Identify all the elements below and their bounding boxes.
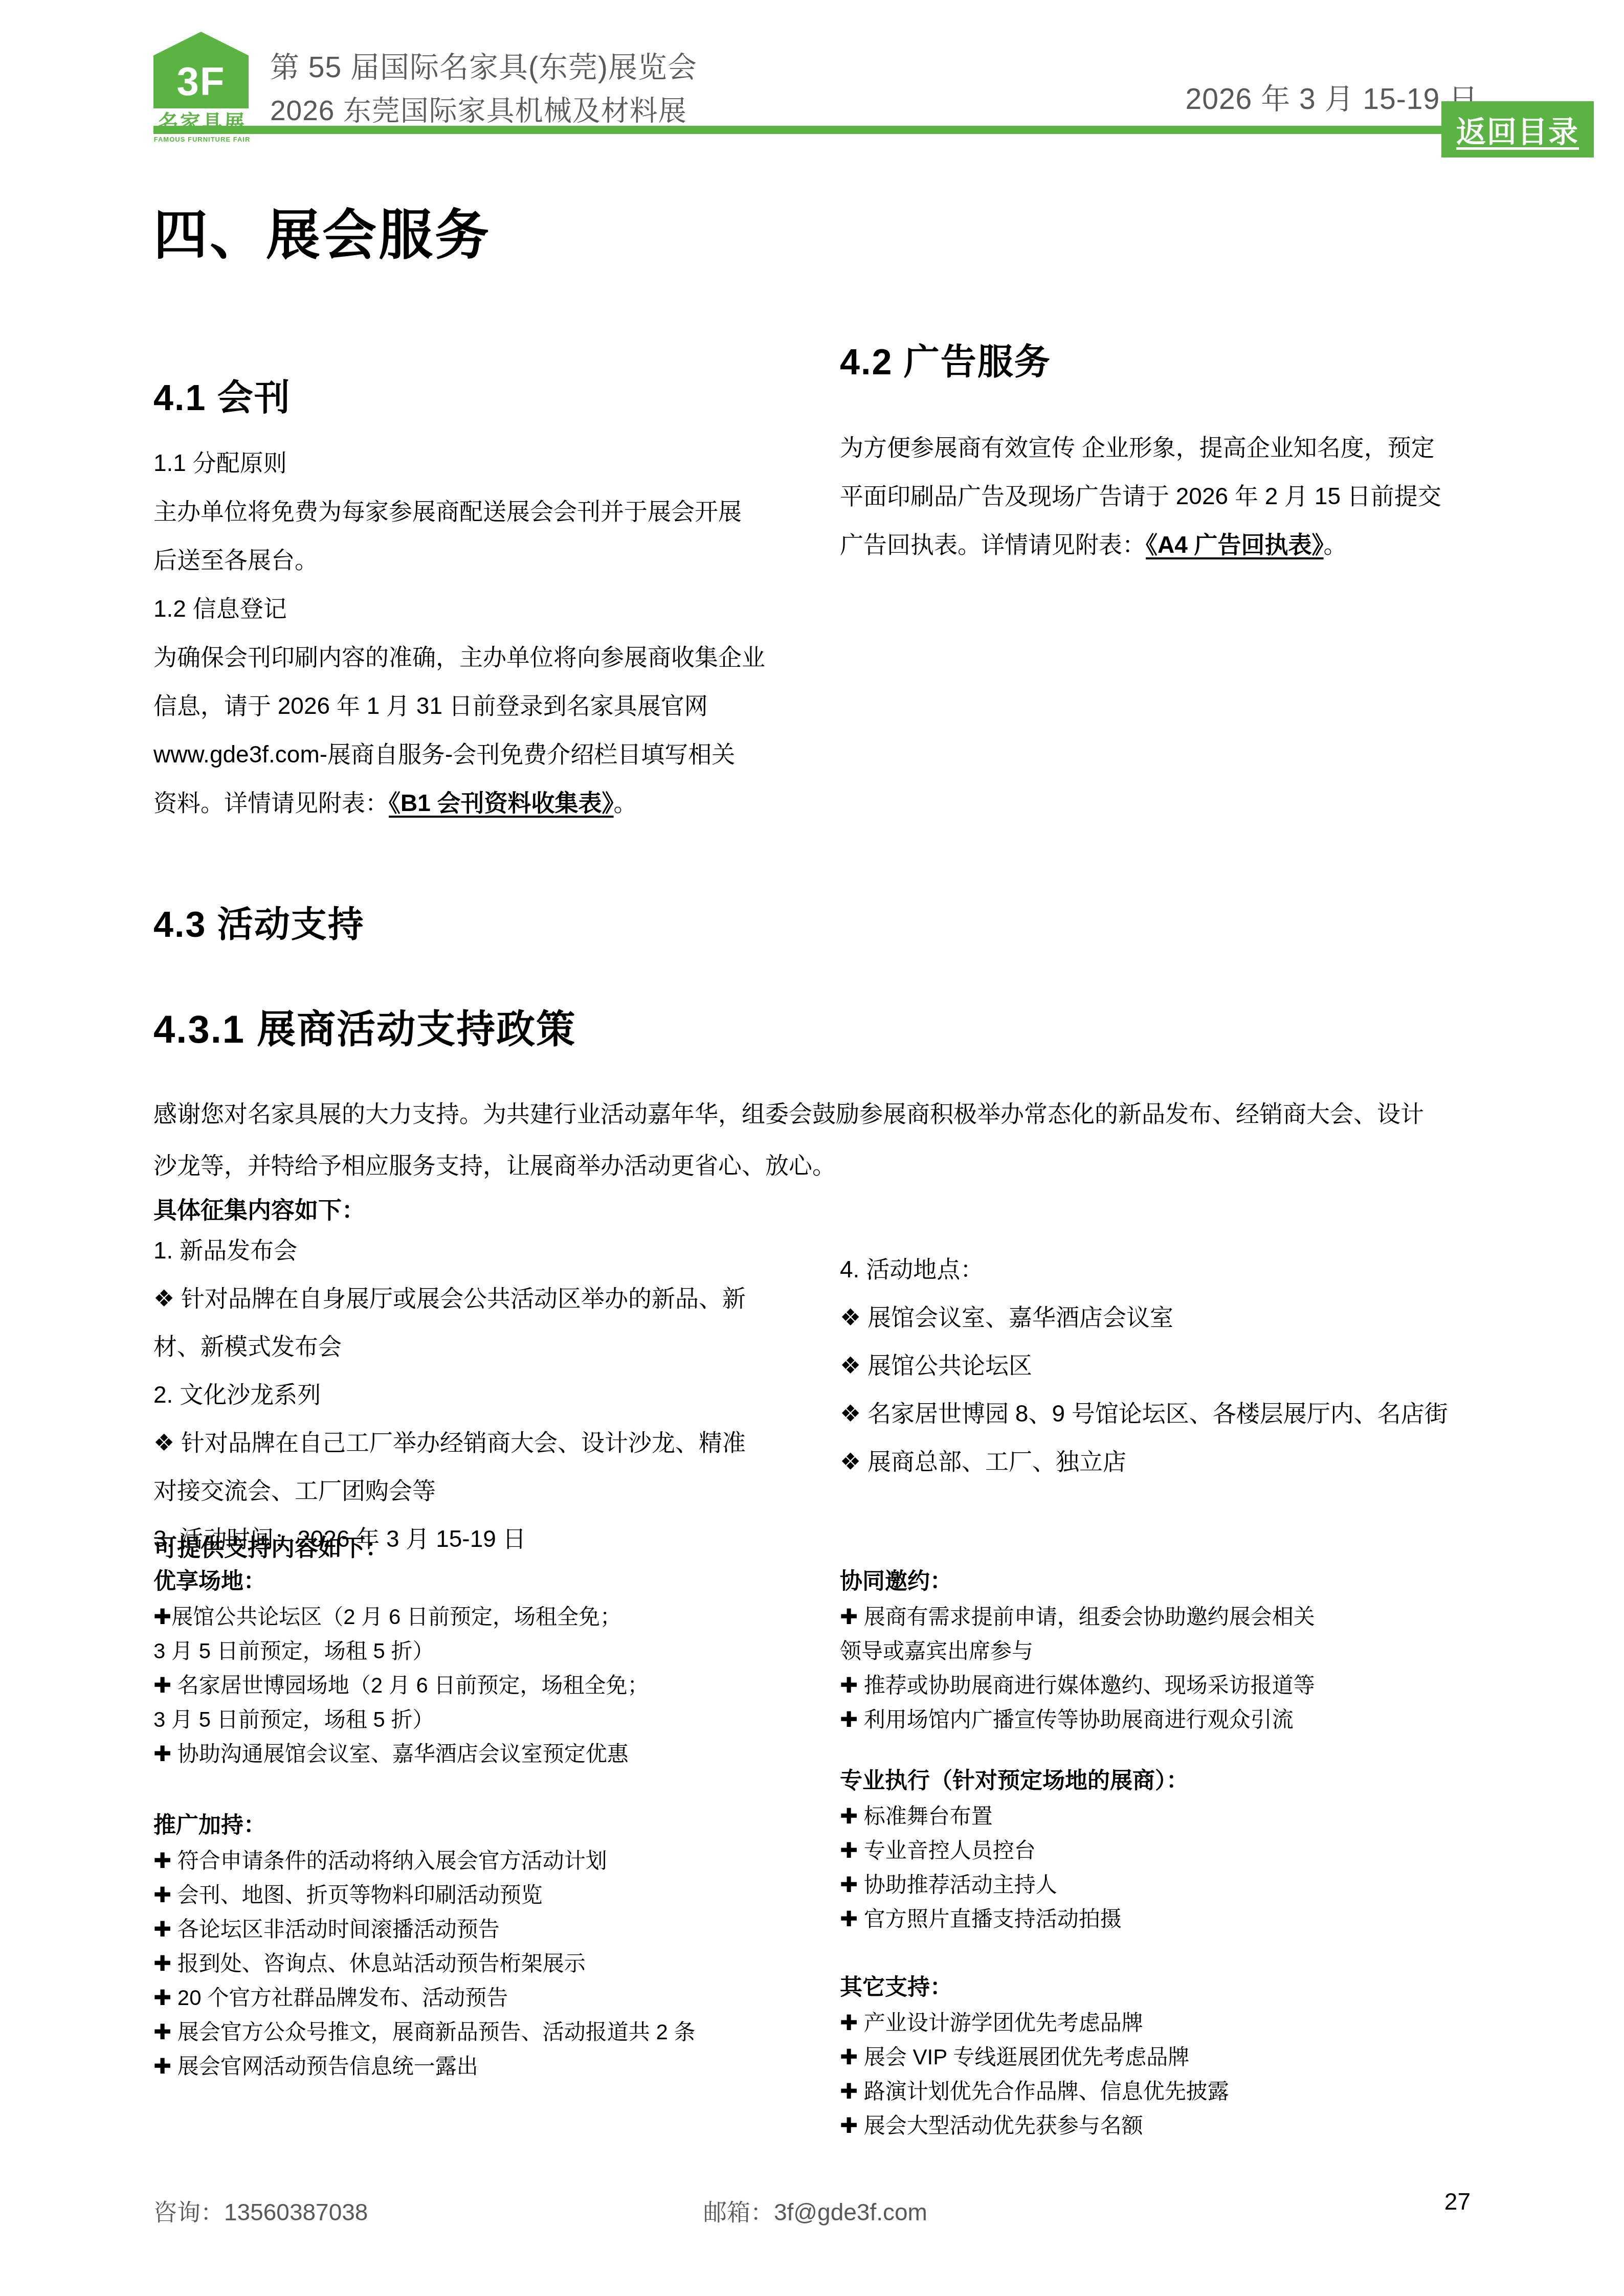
list-item: ✚ 展商有需求提前申请，组委会协助邀约展会相关 bbox=[840, 1600, 1500, 1634]
activity-types-list: 1. 新品发布会 ❖ 针对品牌在自身展厅或展会公共活动区举办的新品、新 材、新模… bbox=[153, 1226, 824, 1563]
venue-benefit-title: 优享场地： bbox=[153, 1564, 824, 1600]
collect-title: 具体征集内容如下： bbox=[153, 1191, 365, 1225]
cross-bullet-icon: ✚ bbox=[153, 1849, 171, 1873]
item-text: 报到处、咨询点、休息站活动预告桁架展示 bbox=[171, 1951, 586, 1975]
cross-bullet-icon: ✚ bbox=[153, 1883, 171, 1907]
text-line: 广告回执表。详情请见附表：《A4 广告回执表》。 bbox=[840, 521, 1495, 569]
list-item: ✚ 报到处、咨询点、休息站活动预告桁架展示 bbox=[153, 1946, 824, 1980]
item-text: 展馆会议室、嘉华酒店会议室 bbox=[861, 1304, 1173, 1331]
text-line: 为方便参展商有效宣传 企业形象，提高企业知名度，预定 bbox=[840, 423, 1495, 472]
list-item: ✚ 官方照片直播支持活动拍摄 bbox=[840, 1902, 1500, 1936]
a4-ad-form-link[interactable]: 《A4 广告回执表》 bbox=[1146, 531, 1324, 558]
list-item: ✚ 名家居世博园场地（2 月 6 日前预定，场租全免； bbox=[153, 1668, 824, 1702]
professional-execution-group: 专业执行（针对预定场地的展商）： ✚ 标准舞台布置 ✚ 专业音控人员控台 ✚ 协… bbox=[840, 1763, 1500, 1936]
item-text: 2. 文化沙龙系列 bbox=[153, 1381, 321, 1408]
list-item: ✚ 会刊、地图、折页等物料印刷活动预览 bbox=[153, 1878, 824, 1912]
other-support-group: 其它支持： ✚ 产业设计游学团优先考虑品牌 ✚ 展会 VIP 专线逛展团优先考虑… bbox=[840, 1970, 1500, 2143]
list-item: 3 月 5 日前预定，场租 5 折） bbox=[153, 1702, 824, 1737]
list-item: ✚ 推荐或协助展商进行媒体邀约、现场采访报道等 bbox=[840, 1668, 1500, 1702]
item-text: 20 个官方社群品牌发布、活动预告 bbox=[171, 1986, 508, 2010]
cross-bullet-icon: ✚ bbox=[840, 2011, 858, 2035]
item-text: 各论坛区非活动时间滚播活动预告 bbox=[171, 1917, 500, 1941]
fair-dates: 2026 年 3 月 15-19 日 bbox=[1186, 76, 1478, 118]
text-line: 1.2 信息登记 bbox=[153, 584, 824, 633]
cross-bullet-icon: ✚ bbox=[840, 1873, 858, 1897]
list-item: ❖ 展馆会议室、嘉华酒店会议室 bbox=[840, 1293, 1500, 1341]
list-item: ✚ 展会 VIP 专线逛展团优先考虑品牌 bbox=[840, 2040, 1500, 2074]
logo-mark: 3F bbox=[176, 61, 225, 108]
cross-bullet-icon: ✚ bbox=[840, 1673, 858, 1697]
list-item: ✚ 展会大型活动优先获参与名额 bbox=[840, 2108, 1500, 2143]
list-item: 2. 文化沙龙系列 bbox=[153, 1370, 824, 1419]
list-item: 对接交流会、工厂团购会等 bbox=[153, 1467, 824, 1515]
item-text: 针对品牌在自己工厂举办经销商大会、设计沙龙、精准 bbox=[174, 1429, 746, 1456]
other-support-title: 其它支持： bbox=[840, 1970, 1500, 2006]
item-text: 展馆公共论坛区 bbox=[861, 1352, 1032, 1379]
text-line: www.gde3f.com-展商自服务-会刊免费介绍栏目填写相关 bbox=[153, 730, 824, 779]
b1-catalog-form-link[interactable]: 《B1 会刊资料收集表》 bbox=[389, 790, 614, 816]
text-line: 感谢您对名家具展的大力支持。为共建行业活动嘉年华，组委会鼓励参展商积极举办常态化… bbox=[153, 1088, 1483, 1140]
cross-bullet-icon: ✚ bbox=[153, 1605, 171, 1629]
item-text: 展商总部、工厂、独立店 bbox=[861, 1448, 1126, 1475]
item-text: 协助沟通展馆会议室、嘉华酒店会议室预定优惠 bbox=[171, 1742, 629, 1766]
diamond-bullet-icon: ❖ bbox=[840, 1448, 861, 1475]
cross-bullet-icon: ✚ bbox=[153, 1951, 171, 1975]
list-item: ❖ 名家居世博园 8、9 号馆论坛区、各楼层展厅内、名店街 bbox=[840, 1389, 1500, 1437]
diamond-bullet-icon: ❖ bbox=[153, 1285, 174, 1312]
cross-bullet-icon: ✚ bbox=[840, 1605, 858, 1629]
section-4-3-heading: 4.3 活动支持 bbox=[153, 896, 365, 948]
logo-name-en: FAMOUS FURNITURE FAIR bbox=[153, 136, 251, 143]
activity-venues-list: 4. 活动地点： ❖ 展馆会议室、嘉华酒店会议室 ❖ 展馆公共论坛区 ❖ 名家居… bbox=[840, 1245, 1500, 1485]
item-text: 展会大型活动优先获参与名额 bbox=[858, 2113, 1143, 2137]
professional-execution-title: 专业执行（针对预定场地的展商）： bbox=[840, 1763, 1500, 1799]
item-text: 针对品牌在自身展厅或展会公共活动区举办的新品、新 bbox=[174, 1285, 746, 1312]
item-text: 推荐或协助展商进行媒体邀约、现场采访报道等 bbox=[858, 1673, 1315, 1697]
item-text: 路演计划优先合作品牌、信息优先披露 bbox=[858, 2079, 1229, 2103]
fair-title: 第 55 届国际名家具(东莞)展览会 bbox=[270, 44, 697, 86]
cross-bullet-icon: ✚ bbox=[840, 1907, 858, 1931]
list-item: ✚ 展会官网活动预告信息统一露出 bbox=[153, 2049, 824, 2083]
list-item: ✚ 展会官方公众号推文，展商新品预告、活动报道共 2 条 bbox=[153, 2015, 824, 2049]
fair-subtitle: 2026 东莞国际家具机械及材料展 bbox=[270, 88, 687, 128]
cross-bullet-icon: ✚ bbox=[153, 1917, 171, 1941]
footer-email: 邮箱：3f@gde3f.com bbox=[703, 2194, 927, 2227]
item-text: 展商有需求提前申请，组委会协助邀约展会相关 bbox=[858, 1605, 1315, 1629]
item-text: 展馆公共论坛区（2 月 6 日前预定，场租全免； bbox=[171, 1605, 621, 1629]
item-text: 展会 VIP 专线逛展团优先考虑品牌 bbox=[858, 2045, 1189, 2069]
list-item: ✚ 专业音控人员控台 bbox=[840, 1833, 1500, 1867]
item-text: 利用场馆内广播宣传等协助展商进行观众引流 bbox=[858, 1707, 1294, 1731]
list-item: ✚ 标准舞台布置 bbox=[840, 1799, 1500, 1833]
list-item: ✚ 符合申请条件的活动将纳入展会官方活动计划 bbox=[153, 1843, 824, 1878]
cross-bullet-icon: ✚ bbox=[153, 1986, 171, 2010]
cross-bullet-icon: ✚ bbox=[840, 2113, 858, 2137]
item-text: 专业音控人员控台 bbox=[858, 1838, 1036, 1862]
item-text: 官方照片直播支持活动拍摄 bbox=[858, 1907, 1122, 1931]
venue-benefit-group: 优享场地： ✚展馆公共论坛区（2 月 6 日前预定，场租全免； 3 月 5 日前… bbox=[153, 1564, 824, 1771]
item-text: 展会官方公众号推文，展商新品预告、活动报道共 2 条 bbox=[171, 2020, 695, 2044]
item-text: 标准舞台布置 bbox=[858, 1804, 993, 1828]
section-4-2-body: 为方便参展商有效宣传 企业形象，提高企业知名度，预定 平面印刷品广告及现场广告请… bbox=[840, 423, 1495, 569]
text-line: 主办单位将免费为每家参展商配送展会会刊并于展会开展 bbox=[153, 487, 824, 536]
list-item: ✚ 协助沟通展馆会议室、嘉华酒店会议室预定优惠 bbox=[153, 1737, 824, 1771]
item-text: 1. 新品发布会 bbox=[153, 1237, 297, 1264]
logo-house-icon: 3F bbox=[153, 32, 249, 108]
text-line: 1.1 分配原则 bbox=[153, 439, 824, 487]
list-item: 材、新模式发布会 bbox=[153, 1322, 824, 1370]
item-text: 名家居世博园场地（2 月 6 日前预定，场租全免； bbox=[171, 1673, 649, 1697]
promotion-title: 推广加持： bbox=[153, 1808, 824, 1843]
list-item: ✚ 协助推荐活动主持人 bbox=[840, 1867, 1500, 1902]
header-divider bbox=[153, 126, 1443, 134]
diamond-bullet-icon: ❖ bbox=[840, 1352, 861, 1379]
item-text: 3 月 5 日前预定，场租 5 折） bbox=[153, 1639, 434, 1663]
list-item: ❖ 展馆公共论坛区 bbox=[840, 1341, 1500, 1389]
item-text: 展会官网活动预告信息统一露出 bbox=[171, 2054, 478, 2078]
joint-invitation-group: 协同邀约： ✚ 展商有需求提前申请，组委会协助邀约展会相关 领导或嘉宾出席参与 … bbox=[840, 1564, 1500, 1737]
item-text: 材、新模式发布会 bbox=[153, 1333, 342, 1360]
list-item: ❖ 针对品牌在自己工厂举办经销商大会、设计沙龙、精准 bbox=[153, 1419, 824, 1467]
cross-bullet-icon: ✚ bbox=[153, 2054, 171, 2078]
cross-bullet-icon: ✚ bbox=[840, 1838, 858, 1862]
text-line: 平面印刷品广告及现场广告请于 2026 年 2 月 15 日前提交 bbox=[840, 472, 1495, 521]
item-text: 4. 活动地点： bbox=[840, 1256, 984, 1282]
list-item: ✚ 产业设计游学团优先考虑品牌 bbox=[840, 2006, 1500, 2040]
list-item: ❖ 针对品牌在自身展厅或展会公共活动区举办的新品、新 bbox=[153, 1274, 824, 1322]
list-item: 4. 活动地点： bbox=[840, 1245, 1500, 1293]
section-4-2-heading: 4.2 广告服务 bbox=[840, 333, 1051, 385]
item-text: 领导或嘉宾出席参与 bbox=[840, 1639, 1033, 1663]
text-line: 沙龙等，并特给予相应服务支持，让展商举办活动更省心、放心。 bbox=[153, 1140, 1483, 1191]
document-page: 3F 名家具展 FAMOUS FURNITURE FAIR 第 55 届国际名家… bbox=[0, 0, 1624, 2296]
cross-bullet-icon: ✚ bbox=[153, 2020, 171, 2044]
list-item: 领导或嘉宾出席参与 bbox=[840, 1634, 1500, 1668]
section-4-3-1-intro: 感谢您对名家具展的大力支持。为共建行业活动嘉年华，组委会鼓励参展商积极举办常态化… bbox=[153, 1088, 1483, 1191]
footer-phone: 咨询：13560387038 bbox=[153, 2194, 368, 2227]
item-text: 名家居世博园 8、9 号馆论坛区、各楼层展厅内、名店街 bbox=[861, 1400, 1448, 1427]
section-4-3-1-heading: 4.3.1 展商活动支持政策 bbox=[153, 998, 576, 1054]
diamond-bullet-icon: ❖ bbox=[153, 1429, 174, 1456]
list-item: ✚ 路演计划优先合作品牌、信息优先披露 bbox=[840, 2074, 1500, 2108]
item-text: 对接交流会、工厂团购会等 bbox=[153, 1477, 436, 1504]
item-text: 协助推荐活动主持人 bbox=[858, 1873, 1057, 1897]
cross-bullet-icon: ✚ bbox=[153, 1742, 171, 1766]
cross-bullet-icon: ✚ bbox=[840, 1707, 858, 1731]
support-title: 可提供支持内容如下： bbox=[153, 1529, 389, 1563]
list-item: ✚ 各论坛区非活动时间滚播活动预告 bbox=[153, 1912, 824, 1946]
section-4-1-heading: 4.1 会刊 bbox=[153, 369, 291, 421]
list-item: ✚展馆公共论坛区（2 月 6 日前预定，场租全免； bbox=[153, 1600, 824, 1634]
cross-bullet-icon: ✚ bbox=[153, 1673, 171, 1697]
item-text: 符合申请条件的活动将纳入展会官方活动计划 bbox=[171, 1849, 607, 1873]
item-text: 产业设计游学团优先考虑品牌 bbox=[858, 2011, 1143, 2035]
joint-invitation-title: 协同邀约： bbox=[840, 1564, 1500, 1600]
item-text: 3 月 5 日前预定，场租 5 折） bbox=[153, 1707, 434, 1731]
text-line: 后送至各展台。 bbox=[153, 536, 824, 584]
diamond-bullet-icon: ❖ bbox=[840, 1304, 861, 1331]
attachment-ref-period: 。 bbox=[614, 790, 637, 816]
cross-bullet-icon: ✚ bbox=[840, 2045, 858, 2069]
cross-bullet-icon: ✚ bbox=[840, 2079, 858, 2103]
back-to-toc-button[interactable]: 返回目录 bbox=[1441, 101, 1594, 157]
promotion-group: 推广加持： ✚ 符合申请条件的活动将纳入展会官方活动计划 ✚ 会刊、地图、折页等… bbox=[153, 1808, 824, 2083]
diamond-bullet-icon: ❖ bbox=[840, 1400, 861, 1427]
list-item: 1. 新品发布会 bbox=[153, 1226, 824, 1274]
list-item: ✚ 20 个官方社群品牌发布、活动预告 bbox=[153, 1980, 824, 2015]
text-line: 资料。详情请见附表：《B1 会刊资料收集表》。 bbox=[153, 779, 824, 827]
item-text: 会刊、地图、折页等物料印刷活动预览 bbox=[171, 1883, 543, 1907]
text-line: 信息，请于 2026 年 1 月 31 日前登录到名家具展官网 bbox=[153, 682, 824, 730]
page-title: 四、展会服务 bbox=[153, 192, 491, 269]
page-number: 27 bbox=[1444, 2188, 1471, 2215]
list-item: ✚ 利用场馆内广播宣传等协助展商进行观众引流 bbox=[840, 1702, 1500, 1737]
attachment-ref-text: 资料。详情请见附表： bbox=[153, 790, 389, 816]
cross-bullet-icon: ✚ bbox=[840, 1804, 858, 1828]
list-item: 3 月 5 日前预定，场租 5 折） bbox=[153, 1634, 824, 1668]
attachment-ref-text: 广告回执表。详情请见附表： bbox=[840, 531, 1146, 558]
list-item: ❖ 展商总部、工厂、独立店 bbox=[840, 1437, 1500, 1485]
section-4-1-body: 1.1 分配原则 主办单位将免费为每家参展商配送展会会刊并于展会开展 后送至各展… bbox=[153, 439, 824, 827]
attachment-ref-period: 。 bbox=[1324, 531, 1347, 558]
text-line: 为确保会刊印刷内容的准确，主办单位将向参展商收集企业 bbox=[153, 633, 824, 682]
